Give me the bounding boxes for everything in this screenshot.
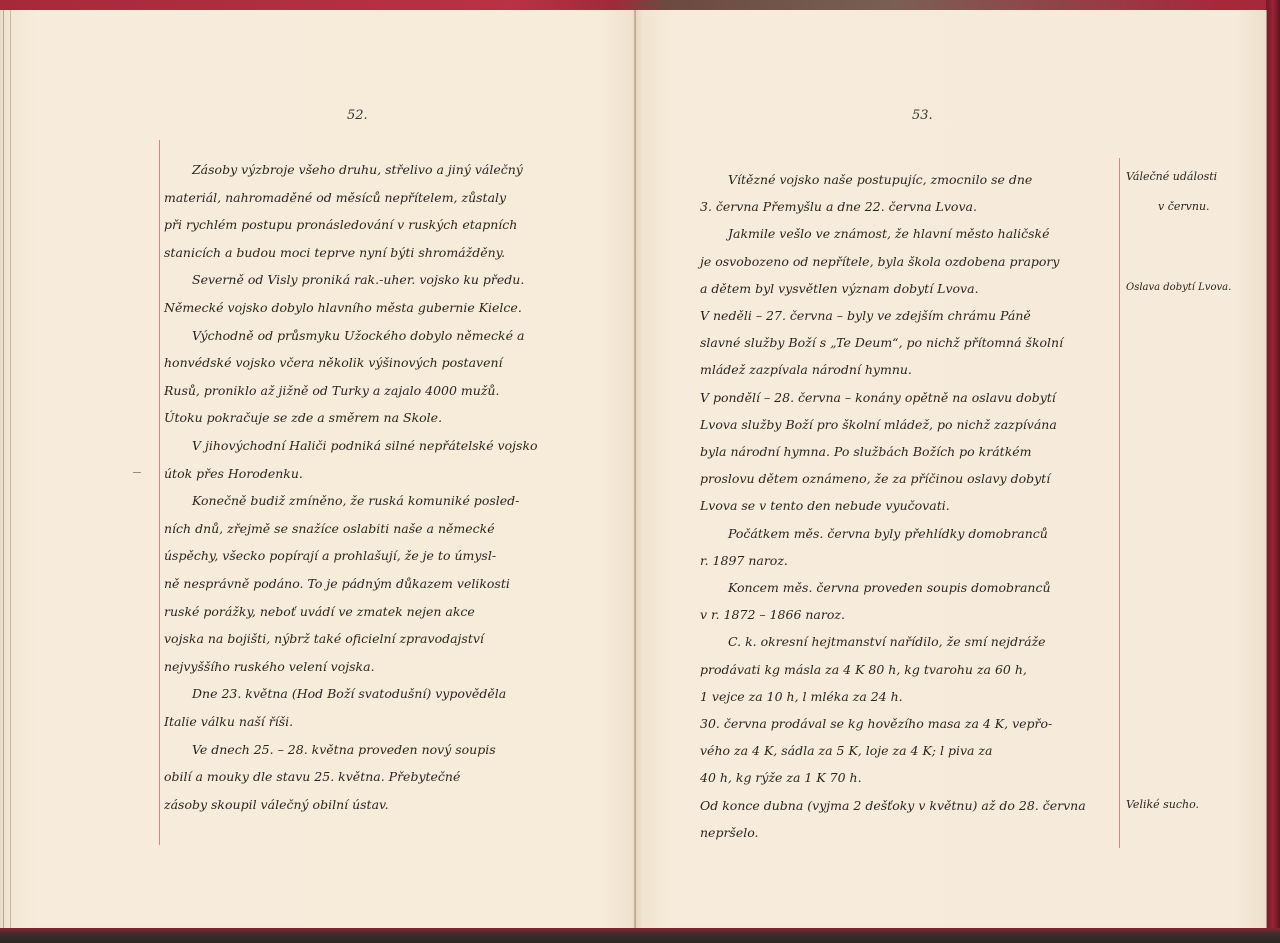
- left-page: 52. Zásoby výzbroje všeho druhu, střeliv…: [0, 10, 636, 928]
- margin-note-war-events-sub: v červnu.: [1158, 200, 1210, 213]
- handwritten-line: byla národní hymna. Po službách Božích p…: [700, 442, 1032, 462]
- handwritten-line: útok přes Horodenku.: [164, 464, 303, 484]
- book-cover-top-edge: [0, 0, 1280, 10]
- handwritten-line: prodávati kg másla za 4 K 80 h, kg tvaro…: [700, 660, 1027, 680]
- margin-rule: [159, 140, 160, 845]
- handwritten-line: 30. června prodával se kg hovězího masa …: [700, 714, 1052, 734]
- handwritten-line: Útoku pokračuje se zde a směrem na Skole…: [164, 408, 442, 428]
- handwritten-line: ruské porážky, neboť uvádí ve zmatek nej…: [164, 602, 475, 622]
- handwritten-line: 1 vejce za 10 h, l mléka za 24 h.: [700, 687, 903, 707]
- handwritten-line: Zásoby výzbroje všeho druhu, střelivo a …: [164, 160, 523, 180]
- handwritten-line: 40 h, kg rýže za 1 K 70 h.: [700, 768, 862, 788]
- handwritten-line: C. k. okresní hejtmanství nařídilo, že s…: [700, 632, 1046, 652]
- handwritten-line: nejvyššího ruského velení vojska.: [164, 657, 375, 677]
- handwritten-line: r. 1897 naroz.: [700, 551, 788, 571]
- pencil-mark: [133, 472, 141, 473]
- handwritten-line: vojska na bojišti, nýbrž také oficielní …: [164, 629, 484, 649]
- handwritten-line: proslovu dětem oznámeno, že za příčinou …: [700, 469, 1050, 489]
- handwritten-line: Počátkem měs. června byly přehlídky domo…: [700, 524, 1048, 544]
- handwritten-line: Konečně budiž zmíněno, že ruská komuniké…: [164, 491, 519, 511]
- handwritten-line: V pondělí – 28. června – konány opětně n…: [700, 388, 1056, 408]
- handwritten-line: Lvova služby Boží pro školní mládež, po …: [700, 415, 1057, 435]
- handwritten-line: honvédské vojsko včera několik výšinovýc…: [164, 353, 503, 373]
- handwritten-line: úspěchy, všecko popírají a prohlašují, ž…: [164, 546, 496, 566]
- handwritten-line: mládež zazpívala národní hymnu.: [700, 360, 912, 380]
- handwritten-line: ních dnů, zřejmě se snažíce oslabiti naš…: [164, 519, 495, 539]
- book-cover-bottom-edge: [0, 928, 1280, 943]
- page-number: 52.: [347, 108, 368, 123]
- handwritten-line: je osvobozeno od nepřítele, byla škola o…: [700, 252, 1059, 272]
- handwritten-line: a dětem byl vysvětlen význam dobytí Lvov…: [700, 279, 979, 299]
- handwritten-line: vého za 4 K, sádla za 5 K, loje za 4 K; …: [700, 741, 992, 761]
- handwritten-line: zásoby skoupil válečný obilní ústav.: [164, 795, 389, 815]
- handwritten-line: Německé vojsko dobylo hlavního města gub…: [164, 298, 522, 318]
- margin-note-lvov-celebration: Oslava dobytí Lvova.: [1126, 282, 1231, 293]
- handwritten-line: Východně od průsmyku Užockého dobylo něm…: [164, 326, 524, 346]
- handwritten-line: ně nesprávně podáno. To je pádným důkaze…: [164, 574, 510, 594]
- handwritten-line: V neděli – 27. června – byly ve zdejším …: [700, 306, 1031, 326]
- handwritten-line: V jihovýchodní Haliči podniká silné nepř…: [164, 436, 538, 456]
- handwritten-line: Italie válku naší říši.: [164, 712, 293, 732]
- margin-note-war-events: Válečné události: [1126, 170, 1217, 183]
- handwritten-line: Vítězné vojsko naše postupujíc, zmocnilo…: [700, 170, 1032, 190]
- handwritten-line: Rusů, proniklo až jižně od Turky a zajal…: [164, 381, 499, 401]
- book-cover-right-edge: [1266, 0, 1280, 943]
- handwritten-line: obilí a mouky dle stavu 25. května. Přeb…: [164, 767, 460, 787]
- handwritten-line: Jakmile vešlo ve známost, že hlavní měst…: [700, 224, 1050, 244]
- handwritten-line: při rychlém postupu pronásledování v rus…: [164, 215, 517, 235]
- page-number: 53.: [912, 108, 933, 123]
- handwritten-line: Ve dnech 25. – 28. května proveden nový …: [164, 740, 496, 760]
- handwritten-line: Od konce dubna (vyjma 2 dešťoky v květnu…: [700, 796, 1086, 816]
- handwritten-line: 3. června Přemyšlu a dne 22. června Lvov…: [700, 197, 977, 217]
- right-page: 53. Vítězné vojsko naše postupujíc, zmoc…: [636, 10, 1267, 928]
- handwritten-line: slavné služby Boží s „Te Deum“, po nichž…: [700, 333, 1063, 353]
- handwritten-line: Koncem měs. června proveden soupis domob…: [700, 578, 1051, 598]
- handwritten-line: nepršelo.: [700, 823, 759, 843]
- handwritten-line: v r. 1872 – 1866 naroz.: [700, 605, 845, 625]
- margin-note-drought: Veliké sucho.: [1126, 798, 1199, 811]
- margin-rule: [1119, 158, 1120, 848]
- handwritten-line: Dne 23. května (Hod Boží svatodušní) vyp…: [164, 684, 506, 704]
- handwritten-line: Severně od Visly proniká rak.-uher. vojs…: [164, 270, 524, 290]
- handwritten-line: stanicích a budou moci teprve nyní býti …: [164, 243, 505, 263]
- handwritten-line: materiál, nahromaděné od měsíců nepřítel…: [164, 188, 506, 208]
- handwritten-line: Lvova se v tento den nebude vyučovati.: [700, 496, 950, 516]
